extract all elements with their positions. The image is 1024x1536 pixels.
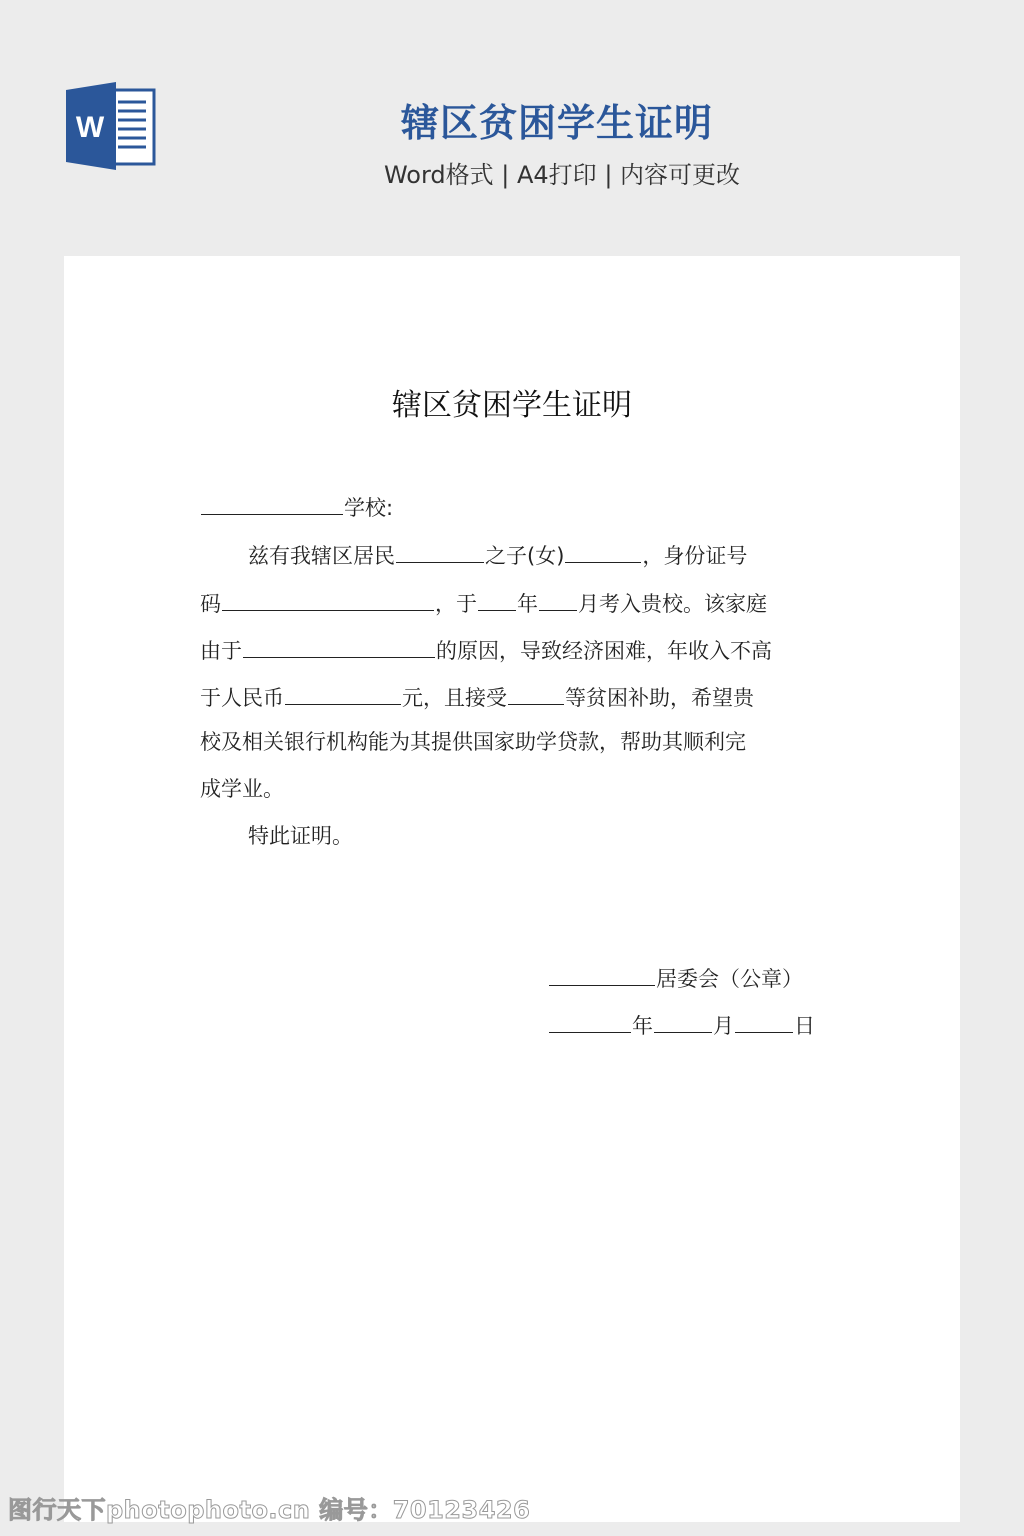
income-blank[interactable] (285, 680, 401, 705)
body-line-3: 由于的原因，导致经济困难，年收入不高 (200, 633, 772, 663)
subsidy-blank[interactable] (508, 680, 564, 705)
closing-line: 特此证明。 (248, 821, 353, 851)
reason-blank[interactable] (243, 633, 435, 658)
header-title: 辖区贫困学生证明 (0, 92, 1024, 147)
document-page: 辖区贫困学生证明 学校: 兹有我辖区居民之子(女)，身份证号 码，于年月考入贵校… (64, 256, 960, 1522)
document-title: 辖区贫困学生证明 (64, 380, 960, 424)
signature-org-line: 居委会（公章） (548, 961, 803, 991)
signature-date-line: 年月日 (548, 1008, 815, 1038)
enroll-year-blank[interactable] (478, 586, 516, 611)
child-name-blank[interactable] (565, 538, 641, 563)
body-line-1: 兹有我辖区居民之子(女)，身份证号 (248, 538, 747, 568)
school-blank[interactable] (201, 490, 343, 515)
body-line-4: 于人民币元，且接受等贫困补助，希望贵 (200, 680, 754, 710)
enroll-month-blank[interactable] (539, 586, 577, 611)
salutation-line: 学校: (200, 490, 393, 520)
body-line-6: 成学业。 (200, 774, 284, 804)
sign-year-blank[interactable] (549, 1008, 631, 1033)
body-line-2: 码，于年月考入贵校。该家庭 (200, 586, 767, 616)
committee-name-blank[interactable] (549, 961, 655, 986)
id-number-blank[interactable] (222, 586, 434, 611)
body-line-5: 校及相关银行机构能为其提供国家助学贷款，帮助其顺利完 (200, 727, 746, 757)
sign-month-blank[interactable] (654, 1008, 712, 1033)
sign-day-blank[interactable] (735, 1008, 793, 1033)
watermark: 图行天下photophoto.cn 编号：70123426 (8, 1490, 530, 1525)
header-subtitle: Word格式 | A4打印 | 内容可更改 (0, 155, 1024, 190)
resident-name-blank[interactable] (396, 538, 484, 563)
